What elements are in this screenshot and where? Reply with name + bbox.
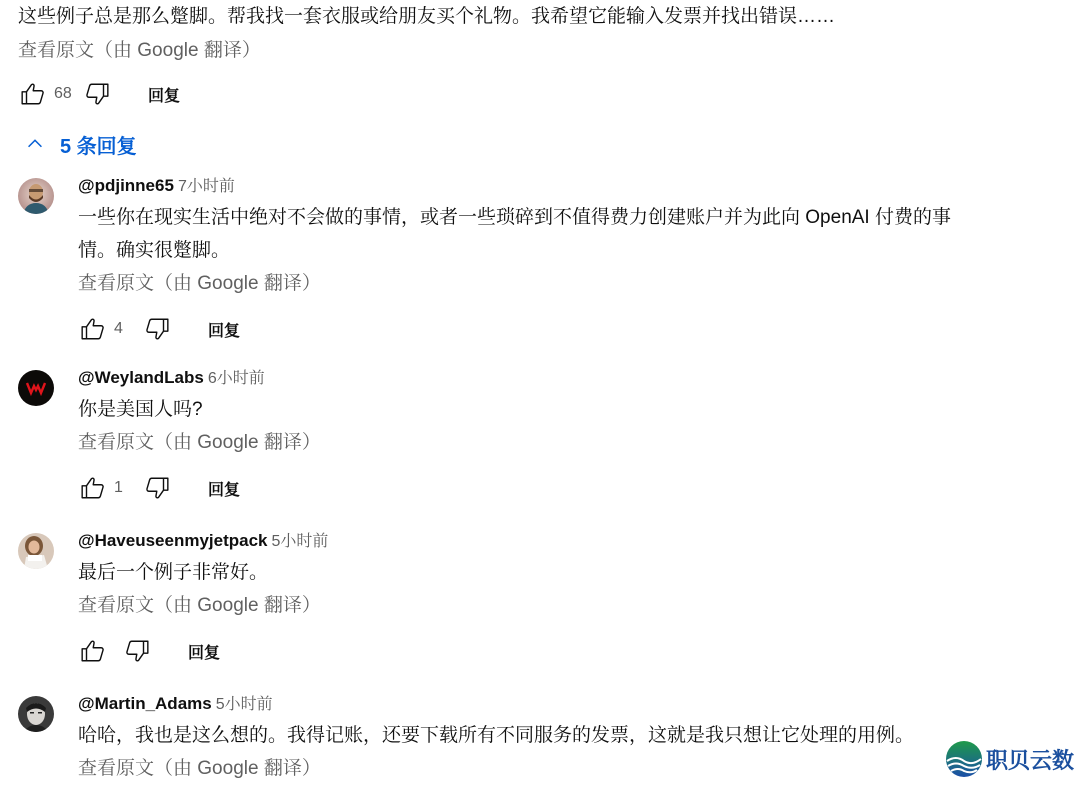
- avatar[interactable]: [18, 696, 54, 732]
- see-original-link[interactable]: 查看原文（由 Google 翻译）: [18, 34, 1068, 68]
- comment-text-line: 一些你在现实生活中绝对不会做的事情，或者一些琐碎到不值得费力创建账户并为此向 O…: [78, 201, 1058, 234]
- comment-text: 这些例子总是那么蹩脚。帮我找一套衣服或给朋友买个礼物。我希望它能输入发票并找出错…: [18, 0, 1068, 34]
- comment-actions: 68 回复: [18, 74, 1068, 114]
- author-name[interactable]: @WeylandLabs: [78, 368, 204, 387]
- hide-replies-toggle[interactable]: 5 条回复: [18, 124, 1068, 164]
- thumbs-down-icon: [144, 316, 170, 342]
- timestamp[interactable]: 7小时前: [178, 178, 235, 195]
- user-avatar-icon: [18, 533, 54, 569]
- reply-button[interactable]: 回复: [208, 477, 240, 500]
- comment-text: 一些你在现实生活中绝对不会做的事情，或者一些琐碎到不值得费力创建账户并为此向 O…: [78, 201, 1058, 267]
- see-original-link[interactable]: 查看原文（由 Google 翻译）: [78, 752, 1058, 786]
- author-name[interactable]: @Haveuseenmyjetpack: [78, 531, 268, 550]
- thumbs-up-icon: [20, 81, 46, 107]
- like-button[interactable]: [18, 79, 48, 109]
- replies-count-label: 5 条回复: [60, 130, 137, 159]
- comment-text: 最后一个例子非常好。: [78, 556, 1058, 589]
- watermark-text: 职贝云数: [986, 744, 1074, 775]
- watermark-logo-icon: [944, 739, 984, 779]
- dislike-button[interactable]: [142, 314, 172, 344]
- see-original-link[interactable]: 查看原文（由 Google 翻译）: [78, 426, 1058, 460]
- like-button[interactable]: [78, 636, 108, 666]
- dislike-button[interactable]: [142, 473, 172, 503]
- like-count: 1: [114, 479, 132, 497]
- avatar[interactable]: [18, 370, 54, 406]
- thumbs-down-icon: [144, 475, 170, 501]
- watermark: 职贝云数: [944, 739, 1074, 779]
- like-count: 68: [54, 85, 72, 103]
- user-avatar-icon: [18, 370, 54, 406]
- author-name[interactable]: @pdjinne65: [78, 176, 174, 195]
- user-avatar-icon: [18, 696, 54, 732]
- reply-button[interactable]: 回复: [188, 640, 220, 663]
- see-original-link[interactable]: 查看原文（由 Google 翻译）: [78, 589, 1058, 623]
- dislike-button[interactable]: [122, 636, 152, 666]
- thumbs-down-icon: [124, 638, 150, 664]
- reply-button[interactable]: 回复: [208, 318, 240, 341]
- avatar[interactable]: [18, 533, 54, 569]
- comment-actions: 1 回复: [78, 468, 1058, 508]
- comment-actions: 回复: [78, 631, 1058, 671]
- timestamp[interactable]: 6小时前: [208, 370, 265, 387]
- see-original-link[interactable]: 查看原文（由 Google 翻译）: [78, 267, 1058, 301]
- comment-text-line: 情。确实很蹩脚。: [78, 234, 1058, 267]
- author-name[interactable]: @Martin_Adams: [78, 694, 212, 713]
- like-button[interactable]: [78, 314, 108, 344]
- comment-text: 你是美国人吗?: [78, 393, 1058, 426]
- user-avatar-icon: [18, 178, 54, 214]
- timestamp[interactable]: 5小时前: [272, 533, 329, 550]
- thumbs-up-icon: [80, 316, 106, 342]
- avatar[interactable]: [18, 178, 54, 214]
- thumbs-up-icon: [80, 638, 106, 664]
- like-count: 4: [114, 320, 132, 338]
- thumbs-down-icon: [84, 81, 110, 107]
- comment-actions: 4 回复: [78, 309, 1058, 349]
- like-button[interactable]: [78, 473, 108, 503]
- comment-text: 哈哈，我也是这么想的。我得记账，还要下载所有不同服务的发票，这就是我只想让它处理…: [78, 719, 1058, 752]
- dislike-button[interactable]: [82, 79, 112, 109]
- top-comment: 这些例子总是那么蹩脚。帮我找一套衣服或给朋友买个礼物。我希望它能输入发票并找出错…: [18, 0, 1068, 164]
- reply-button[interactable]: 回复: [148, 83, 180, 106]
- timestamp[interactable]: 5小时前: [216, 696, 273, 713]
- chevron-up-icon: [24, 133, 46, 155]
- thumbs-up-icon: [80, 475, 106, 501]
